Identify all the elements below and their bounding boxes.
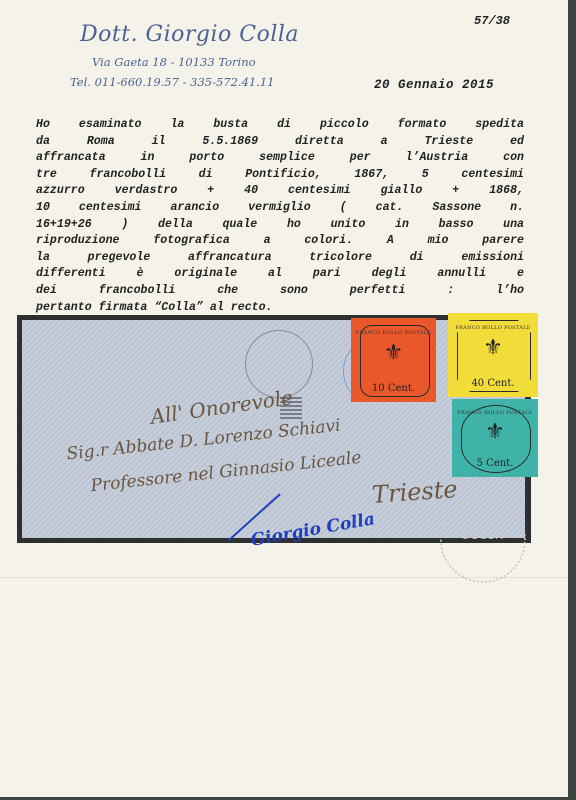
certificate-date: 20 Gennaio 2015 [374, 78, 494, 92]
papal-keys-icon: ⚜ [483, 336, 503, 361]
letterhead: Dott. Giorgio Colla Via Gaeta 18 - 10133… [70, 22, 310, 89]
body-line: riproduzione fotografica a colori. A mio… [36, 233, 524, 250]
stamp-40-cent: FRANCO BOLLO POSTALE ⚜ 40 Cent. [448, 313, 538, 397]
seal-text: COLLA [442, 531, 524, 542]
certificate-page: Dott. Giorgio Colla Via Gaeta 18 - 10133… [0, 0, 568, 797]
body-line: 16+19+26 ) della quale ho unito in basso… [36, 217, 524, 234]
stamp-inscription: FRANCO BOLLO POSTALE [351, 330, 436, 336]
expert-name: Dott. Giorgio Colla [80, 22, 310, 47]
certificate-body: Ho esaminato la busta di piccolo formato… [36, 117, 524, 316]
address-destination: Trieste [371, 475, 458, 509]
stamp-value: 40 Cent. [448, 378, 538, 389]
stamp-inscription: FRANCO BOLLO POSTALE [452, 410, 538, 416]
expert-address: Via Gaeta 18 - 10133 Torino [92, 55, 310, 69]
expert-telephone: Tel. 011-660.19.57 - 335-572.41.11 [70, 75, 310, 89]
body-line: la pregevole affrancatura tricolore di e… [36, 250, 524, 267]
body-line: differenti è originale al pari degli ann… [36, 266, 524, 283]
embossed-seal-icon: COLLA [440, 497, 526, 583]
stamp-5-cent: FRANCO BOLLO POSTALE ⚜ 5 Cent. [452, 399, 538, 477]
body-line: dei francobolli che sono perfetti : l’ho [36, 283, 524, 300]
body-line: azzurro verdastro + 40 centesimi giallo … [36, 183, 524, 200]
paper-fold-line [0, 577, 568, 578]
stamp-inscription: FRANCO BOLLO POSTALE [448, 325, 538, 331]
papal-keys-icon: ⚜ [384, 341, 404, 366]
scan-border-right [568, 0, 576, 800]
body-line: affrancata in porto semplice per l’Austr… [36, 150, 524, 167]
papal-keys-icon: ⚜ [485, 419, 505, 444]
certificate-reference: 57/38 [474, 14, 510, 28]
body-line: da Roma il 5.5.1869 diretta a Trieste ed [36, 134, 524, 151]
body-line: tre francobolli di Pontificio, 1867, 5 c… [36, 167, 524, 184]
body-line: 10 centesimi arancio vermiglio ( cat. Sa… [36, 200, 524, 217]
body-line: Ho esaminato la busta di piccolo formato… [36, 117, 524, 134]
stamp-value: 10 Cent. [351, 383, 436, 394]
stamp-value: 5 Cent. [452, 458, 538, 469]
stamp-10-cent: FRANCO BOLLO POSTALE ⚜ 10 Cent. [351, 318, 436, 402]
